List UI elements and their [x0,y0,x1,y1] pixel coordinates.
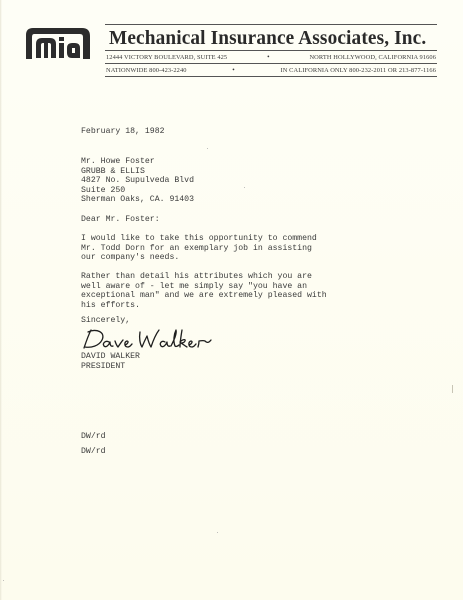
bullet-separator: • [232,66,235,74]
paper-speck [452,385,453,393]
salutation: Dear Mr. Foster: [81,215,160,225]
closing: Sincerely, [81,316,130,326]
paragraph-line: exceptional man" and we are extremely pl… [81,291,327,301]
letter-page: Mechanical Insurance Associates, Inc. 12… [0,0,463,600]
street-address: 12444 VICTORY BOULEVARD, SUITE 425 [106,54,227,61]
address-line: 12444 VICTORY BOULEVARD, SUITE 425 • NOR… [105,51,437,63]
mia-logo-icon [22,25,93,61]
signer-block: DAVID WALKER PRESIDENT [81,352,140,371]
reference-initials: DW/rd [81,447,106,457]
bullet-separator: • [267,53,270,61]
recipient-street: 4827 No. Supulveda Blvd [81,176,194,186]
letterhead-bottom-rule [105,76,437,77]
letterhead: Mechanical Insurance Associates, Inc. 12… [105,24,437,77]
letterhead-top-rule [105,24,437,25]
mia-logo [22,25,93,61]
page-edge-shadow [0,0,2,600]
signature-icon [82,326,222,352]
recipient-address: Mr. Howe Foster GRUBB & ELLIS 4827 No. S… [81,157,194,205]
letter-date: February 18, 1982 [81,127,165,137]
city-address: NORTH HOLLYWOOD, CALIFORNIA 91606 [309,54,436,61]
phone-line: NATIONWIDE 800-423-2240 • IN CALIFORNIA … [105,64,437,76]
paragraph-line: well aware of - let me simply say "you h… [81,282,327,292]
company-name: Mechanical Insurance Associates, Inc. [109,27,417,49]
paragraph-line: Mr. Todd Dorn for an exemplary job in as… [81,244,317,254]
recipient-name: Mr. Howe Foster [81,157,194,167]
reference-initials: DW/rd [81,432,106,442]
signer-name: DAVID WALKER [81,352,140,362]
paragraph-line: his efforts. [81,301,327,311]
nationwide-phone: NATIONWIDE 800-423-2240 [106,67,187,74]
recipient-suite: Suite 250 [81,186,194,196]
paper-speck [217,532,218,533]
paragraph-1: I would like to take this opportunity to… [81,234,317,263]
paper-speck [3,580,4,581]
recipient-city: Sherman Oaks, CA. 91403 [81,195,194,205]
signer-title: PRESIDENT [81,362,140,372]
paragraph-line: I would like to take this opportunity to… [81,234,317,244]
paper-speck [244,187,245,188]
paragraph-line: Rather than detail his attributes which … [81,272,327,282]
paper-speck [207,148,208,149]
recipient-company: GRUBB & ELLIS [81,167,194,177]
california-phone: IN CALIFORNIA ONLY 800-232-2011 OR 213-8… [281,67,436,74]
paragraph-2: Rather than detail his attributes which … [81,272,327,310]
paragraph-line: our company's needs. [81,253,317,263]
